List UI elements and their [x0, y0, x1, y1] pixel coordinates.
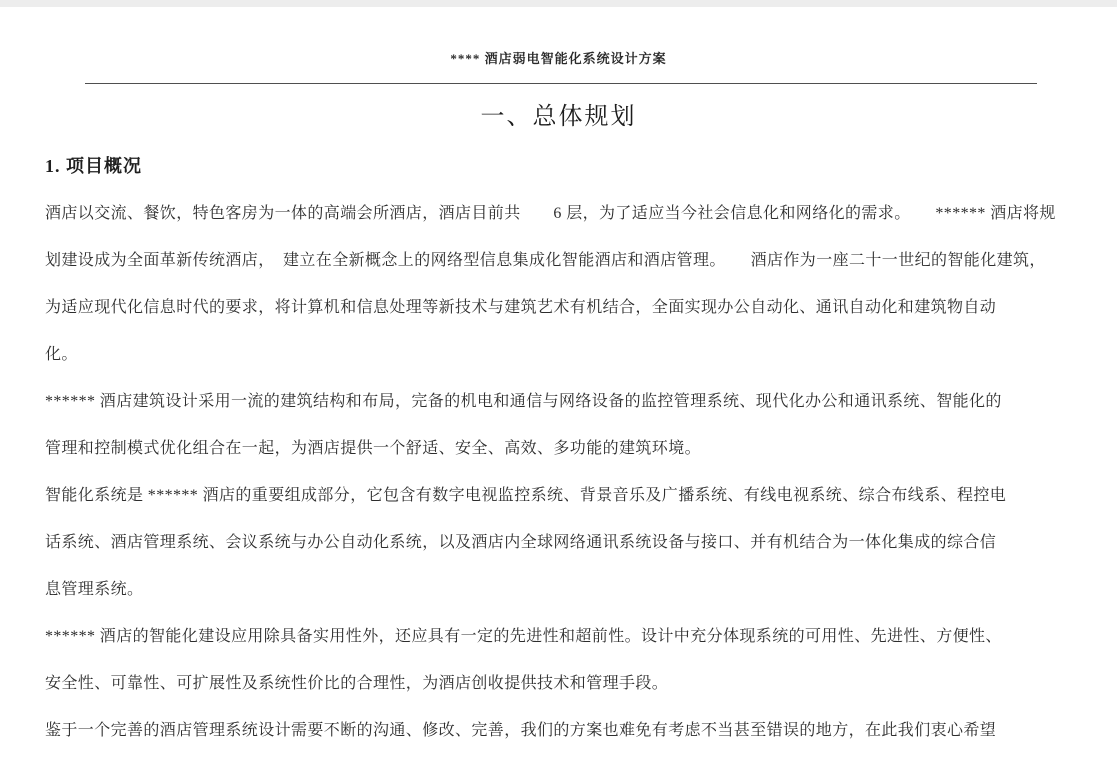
header-divider	[85, 83, 1037, 84]
body-line: ****** 酒店建筑设计采用一流的建筑结构和布局，完备的机电和通信与网络设备的…	[45, 378, 1087, 425]
doc-title: 一、总体规划	[0, 96, 1117, 131]
body-line: 智能化系统是 ****** 酒店的重要组成部分，它包含有数字电视监控系统、背景音…	[45, 472, 1087, 519]
body-line: 话系统、酒店管理系统、会议系统与办公自动化系统，以及酒店内全球网络通讯系统设备与…	[45, 519, 1087, 566]
body-line: 为适应现代化信息时代的要求，将计算机和信息处理等新技术与建筑艺术有机结合，全面实…	[45, 284, 1087, 331]
body-line: 鉴于一个完善的酒店管理系统设计需要不断的沟通、修改、完善，我们的方案也难免有考虑…	[45, 707, 1087, 754]
page-top-edge	[0, 0, 1117, 7]
document-page: **** 酒店弱电智能化系统设计方案 一、总体规划 1. 项目概况 酒店以交流、…	[0, 0, 1117, 770]
doc-body: 酒店以交流、餐饮，特色客房为一体的高端会所酒店，酒店目前共 6 层，为了适应当今…	[45, 190, 1087, 754]
body-line: 酒店以交流、餐饮，特色客房为一体的高端会所酒店，酒店目前共 6 层，为了适应当今…	[45, 190, 1087, 237]
body-line: 安全性、可靠性、可扩展性及系统性价比的合理性，为酒店创收提供技术和管理手段。	[45, 660, 1087, 707]
body-line: ****** 酒店的智能化建设应用除具备实用性外，还应具有一定的先进性和超前性。…	[45, 613, 1087, 660]
body-line: 化。	[45, 331, 1087, 378]
body-line: 管理和控制模式优化组合在一起，为酒店提供一个舒适、安全、高效、多功能的建筑环境。	[45, 425, 1087, 472]
section-heading: 1. 项目概况	[45, 152, 142, 178]
body-line: 息管理系统。	[45, 566, 1087, 613]
body-line: 划建设成为全面革新传统酒店， 建立在全新概念上的网络型信息集成化智能酒店和酒店管…	[45, 237, 1087, 284]
doc-header-title: **** 酒店弱电智能化系统设计方案	[0, 48, 1117, 67]
